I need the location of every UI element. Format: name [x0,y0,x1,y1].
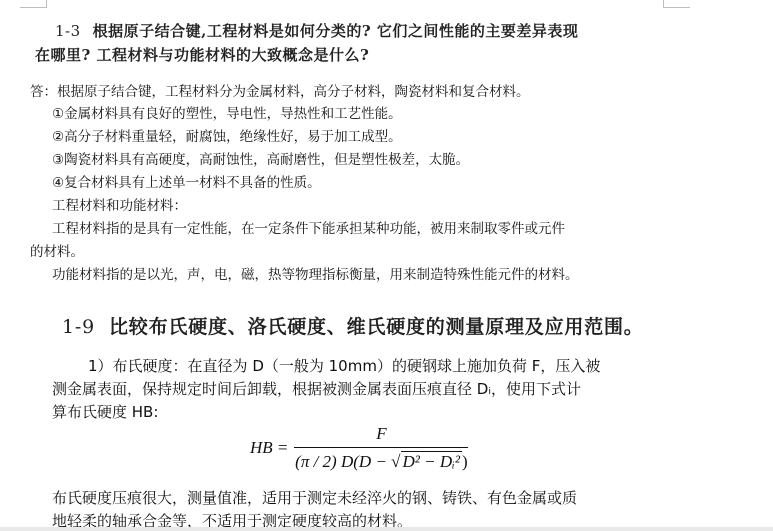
brinell-paragraph-line: 1）布氏硬度：在直径为 D（一般为 10mm）的硬钢球上施加负荷 F，压入被 [88,355,600,376]
question-1-3-line-2: 在哪里? 工程材料与功能材料的大致概念是什么? [35,44,369,65]
brinell-paragraph-line: 测金属表面，保持规定时间后卸载，根据被测金属表面压痕直径 Dᵢ，使用下式计 [52,378,581,399]
formula-denominator: (π / 2) D(D − √D² − Dᵢ²) [295,448,467,472]
denominator-prefix: (π / 2) D [295,452,353,471]
question-1-3-line-1: 1-3根据原子结合键,工程材料是如何分类的? 它们之间性能的主要差异表现 [55,20,578,41]
denominator-close: ) [462,452,468,471]
question-number: 1-3 [55,22,81,40]
answer-line: ②高分子材料重量轻，耐腐蚀，绝缘性好，易于加工成型。 [52,125,402,145]
sqrt-term: D² − Dᵢ² [401,451,462,471]
brinell-application-line: 布氏硬度压痕很大，测量值准，适用于测定未经淬火的钢、铸铁、有色金属或质 [52,487,577,508]
brinell-paragraph-line: 算布氏硬度 HB: [52,401,158,422]
page-corner-mark-left [20,0,47,8]
question-title: 比较布氏硬度、洛氏硬度、维氏硬度的测量原理及应用范围。 [109,316,644,338]
formula-fraction: F (π / 2) D(D − √D² − Dᵢ²) [294,424,468,472]
answer-line: 工程材料和功能材料： [52,194,187,214]
answer-line: 功能材料指的是以光，声，电，磁，热等物理指标衡量，用来制造特殊性能元件的材料。 [52,263,579,283]
denominator-open: (D − [353,452,391,471]
answer-line: 答：根据原子结合键，工程材料分为金属材料，高分子材料，陶瓷材料和复合材料。 [30,80,530,100]
formula-numerator: F [376,424,386,447]
brinell-hardness-formula: HB = F (π / 2) D(D − √D² − Dᵢ²) [250,424,468,472]
answer-line: ④复合材料具有上述单一材料不具备的性质。 [52,171,321,191]
answer-line: 的材料。 [30,240,84,260]
page-corner-mark-right [663,0,690,8]
question-text: 根据原子结合键,工程材料是如何分类的? 它们之间性能的主要差异表现 [93,22,579,40]
answer-line: ①金属材料具有良好的塑性，导电性，导热性和工艺性能。 [52,102,402,122]
question-1-9-heading: 1-9比较布氏硬度、洛氏硬度、维氏硬度的测量原理及应用范围。 [62,312,644,339]
sqrt-content: D² − Dᵢ² [403,452,460,471]
formula-lhs: HB = [250,438,288,458]
answer-line: ③陶瓷材料具有高硬度，高耐蚀性，高耐磨性，但是塑性极差，太脆。 [52,148,469,168]
question-number: 1-9 [62,316,95,338]
answer-line: 工程材料指的是具有一定性能，在一定条件下能承担某种功能，被用来制取零件或元件 [52,217,565,237]
page-bottom-edge [0,527,773,531]
